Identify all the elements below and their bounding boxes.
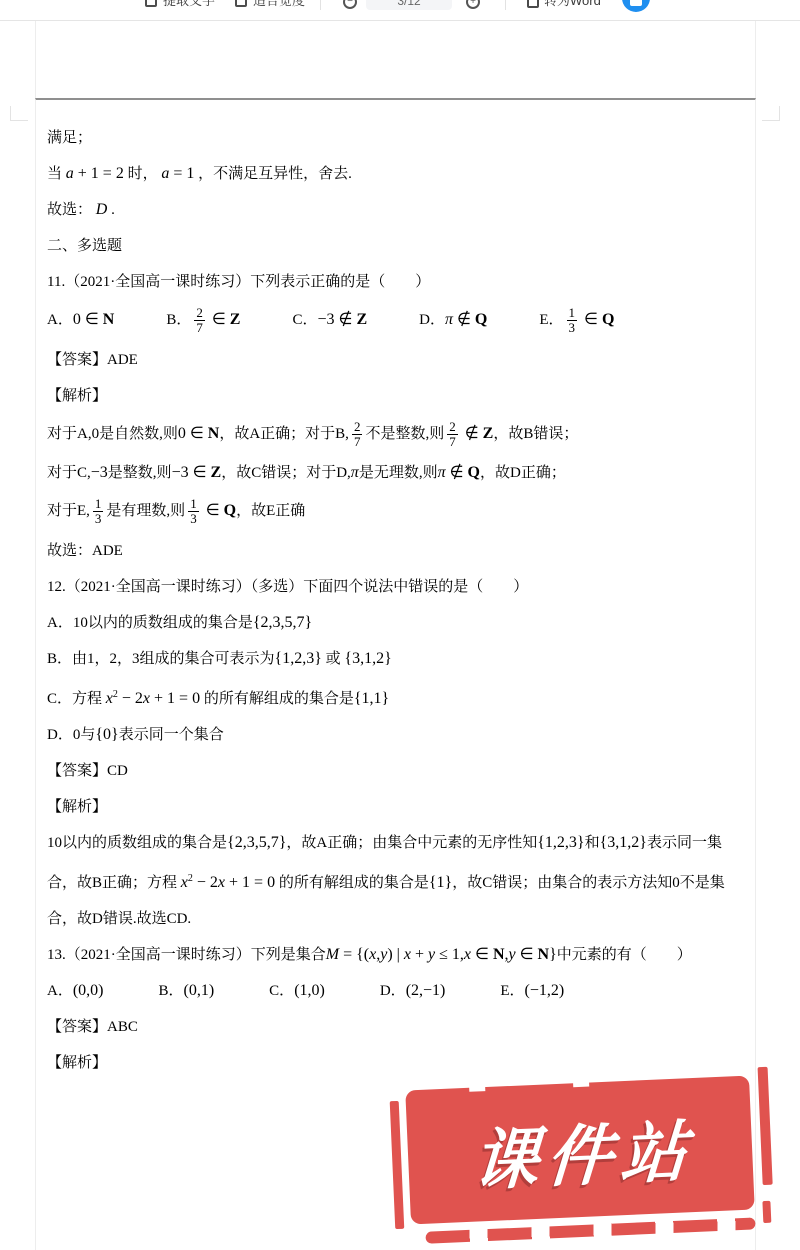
text-segment: A．10以内的质数组成的集合是 (47, 615, 253, 631)
text-segment: {3,1,2} (344, 650, 391, 667)
doc-line: 对于A,0是自然数,则0 ∈ N，故A正确；对于B,27不是整数,则27 ∉ Z… (47, 420, 745, 450)
text-segment: x (143, 690, 150, 707)
page-corner-shadow (762, 106, 780, 121)
doc-line: D．0与{0}表示同一个集合 (47, 723, 745, 747)
text-segment: B． (159, 983, 184, 999)
text-segment: {1} (429, 874, 452, 891)
doc-line: 对于E,13是有理数,则13 ∈ Q，故E正确 (47, 497, 745, 527)
text-segment: 10以内的质数组成的集合是 (47, 835, 227, 851)
text-segment: (0,0) (73, 982, 104, 999)
text-segment: 【解析】 (47, 799, 107, 815)
fraction: 13 (93, 497, 104, 527)
doc-line: 11.（2021·全国高一课时练习）下列表示正确的是（ ） (47, 270, 745, 294)
text-segment: {1,1} (354, 690, 389, 707)
text-segment: a (66, 165, 74, 182)
toolbar-separator (320, 0, 321, 10)
text-segment: 【答案】ABC (47, 1019, 138, 1035)
text-segment: 对于C, (47, 465, 91, 481)
doc-line: 故选：ADE (47, 539, 745, 563)
document-icon (527, 0, 539, 8)
doc-line: 【解析】 (47, 795, 745, 819)
text-segment: −3 ∉ (317, 311, 356, 328)
text-segment: ) | (387, 946, 404, 963)
text-segment: Z (211, 464, 222, 481)
doc-line: C．方程 x2 − 2x + 1 = 0 的所有解组成的集合是{1,1} (47, 683, 745, 711)
text-segment: 时， (124, 166, 162, 182)
watermark-stamp: 课件站 (405, 1076, 755, 1225)
doc-line: 故选： D . (47, 198, 745, 222)
text-segment: B．由1，2，3组成的集合可表示为 (47, 651, 275, 667)
stamp-text: 课件站 (462, 1097, 698, 1202)
text-segment: ，不满足互异性，舍去. (194, 166, 352, 182)
text-segment: ∉ (446, 464, 468, 481)
doc-line: A．10以内的质数组成的集合是{2,3,5,7} (47, 611, 745, 635)
text-segment: 是整数,则 (108, 465, 172, 481)
doc-line: 10以内的质数组成的集合是{2,3,5,7}，故A正确；由集合中元素的无序性知{… (47, 831, 745, 855)
text-segment: x (218, 874, 225, 891)
text-segment: 和 (585, 835, 600, 851)
text-segment: x (404, 946, 411, 963)
fraction: 13 (567, 306, 578, 336)
doc-line: A．0 ∈ NB．27 ∈ ZC．−3 ∉ ZD．π ∉ QE．13 ∈ Q (47, 306, 745, 336)
page-corner-shadow (10, 106, 28, 121)
text-segment: Z (356, 311, 367, 328)
text-segment: N (538, 946, 550, 963)
text-segment: C． (269, 983, 294, 999)
text-segment: 是有理数,则 (106, 503, 185, 519)
text-segment: π (445, 311, 453, 328)
stamp-border-mark (762, 1201, 771, 1223)
doc-line: 【解析】 (47, 1051, 745, 1075)
doc-line: 当 a + 1 = 2 时， a = 1 ，不满足互异性，舍去. (47, 162, 745, 186)
text-segment: ，故C错误；由集合的表示方法知0不是集 (452, 875, 725, 891)
text-segment: Q (468, 464, 480, 481)
text-segment: x (464, 946, 471, 963)
fit-width-toggle[interactable]: 适合宽度 (235, 0, 305, 8)
fit-width-label: 适合宽度 (253, 0, 305, 8)
text-segment: {0} (95, 726, 118, 743)
text-segment: {1,2,3} (275, 650, 322, 667)
text-segment: 不是整数,则 (365, 426, 444, 442)
text-segment: } (549, 946, 557, 963)
text-segment: C． (292, 312, 317, 328)
text-segment: 对于A,0是自然数,则 (47, 426, 178, 442)
text-segment: D． (380, 983, 406, 999)
stamp-distress-notch (573, 1081, 589, 1088)
assistant-icon (630, 0, 642, 6)
fraction: 27 (352, 420, 363, 450)
text-segment: 的所有解组成的集合是 (200, 691, 354, 707)
text-segment: 合，故B正确；方程 (47, 875, 181, 891)
text-segment: (2,−1) (406, 982, 446, 999)
text-segment: x (181, 874, 188, 891)
text-segment: −3 (91, 464, 108, 481)
text-segment: 13.（2021·全国高一课时练习）下列是集合 (47, 947, 326, 963)
text-segment: ，故D正确； (480, 465, 566, 481)
doc-line: 对于C,−3是整数,则−3 ∈ Z，故C错误；对于D,π是无理数,则π ∉ Q，… (47, 461, 745, 485)
text-segment: 或 (322, 651, 345, 667)
text-segment: ∈ (471, 946, 493, 963)
text-segment: {2,3,5,7} (227, 834, 286, 851)
text-segment: ∉ (453, 311, 475, 328)
stamp-distress-notch (469, 1085, 485, 1092)
zoom-in-button[interactable]: + (466, 0, 480, 9)
convert-button[interactable]: 转为Word (527, 0, 601, 8)
text-segment: π (438, 464, 446, 481)
convert-label: 转为Word (544, 0, 601, 8)
text-segment: 满足； (47, 130, 92, 146)
text-segment: 【解析】 (47, 1055, 107, 1071)
text-segment: E． (500, 983, 524, 999)
doc-line: 合，故B正确；方程 x2 − 2x + 1 = 0 的所有解组成的集合是{1}，… (47, 867, 745, 895)
text-segment: + 1 = 2 (74, 165, 124, 182)
text-segment: 二、多选题 (47, 238, 122, 254)
stamp-box: 课件站 (405, 1076, 755, 1225)
text-segment: ∈ (202, 502, 224, 519)
text-segment: . (107, 202, 115, 218)
text-segment: 【答案】CD (47, 763, 128, 779)
text-segment: − 2 (118, 690, 143, 707)
text-segment: ，故C错误；对于D, (221, 465, 351, 481)
text-segment: ，故B错误； (493, 426, 578, 442)
text-segment: + (411, 946, 428, 963)
text-segment: 故选：ADE (47, 543, 123, 559)
doc-line: 合，故D错误.故选CD. (47, 907, 745, 931)
text-segment: Q (224, 502, 236, 519)
text-segment: + 1 = 0 (225, 874, 275, 891)
text-segment: Q (602, 311, 614, 328)
text-segment: ∈ (208, 311, 230, 328)
text-segment: ，故A正确；由集合中元素的无序性知 (286, 835, 537, 851)
zoom-out-button[interactable]: − (343, 0, 357, 9)
text-segment: ，故A正确；对于B, (219, 426, 349, 442)
text-segment: (0,1) (184, 982, 215, 999)
text-segment: −3 ∈ (172, 464, 211, 481)
extract-text-label: 提取文字 (163, 0, 215, 8)
text-segment: (1,0) (294, 982, 325, 999)
document-page: 满足；当 a + 1 = 2 时， a = 1 ，不满足互异性，舍去.故选： D… (35, 98, 756, 1250)
page-indicator[interactable]: 3/12 (366, 0, 452, 10)
doc-line: 满足； (47, 126, 745, 150)
text-segment: 对于E, (47, 503, 90, 519)
assistant-button[interactable] (622, 0, 650, 12)
fraction: 13 (188, 497, 199, 527)
text-segment: 11.（2021·全国高一课时练习）下列表示正确的是（ ） (47, 274, 430, 290)
text-segment: M (326, 946, 339, 963)
text-segment: 0 ∈ (73, 311, 103, 328)
document-viewport: 满足；当 a + 1 = 2 时， a = 1 ，不满足互异性，舍去.故选： D… (0, 21, 800, 1250)
text-segment: − 2 (193, 874, 218, 891)
checkbox-icon (235, 0, 247, 7)
text-segment: ∈ (516, 946, 538, 963)
text-segment: 表示同一个集合 (119, 727, 224, 743)
text-segment: ∉ (461, 425, 483, 442)
prev-page-edge (755, 21, 756, 98)
text-segment: ≤ 1, (435, 946, 464, 963)
text-segment: 是无理数,则 (359, 465, 438, 481)
text-segment: (−1,2) (525, 982, 565, 999)
text-segment: Z (483, 425, 494, 442)
doc-line: 【答案】CD (47, 759, 745, 783)
checkbox-icon (145, 0, 157, 7)
doc-line: A．(0,0)B．(0,1)C．(1,0)D．(2,−1)E．(−1,2) (47, 979, 745, 1003)
text-segment: Q (475, 311, 487, 328)
doc-line: B．由1，2，3组成的集合可表示为{1,2,3} 或 {3,1,2} (47, 647, 745, 671)
text-segment: π (351, 464, 359, 481)
text-segment: 0 ∈ (178, 425, 208, 442)
text-segment: + 1 = 0 (150, 690, 200, 707)
text-segment: D． (419, 312, 445, 328)
text-segment: D (96, 201, 108, 218)
prev-page-edge (35, 21, 36, 98)
text-segment: E． (539, 312, 563, 328)
text-segment: = {( (339, 946, 369, 963)
text-segment: 12.（2021·全国高一课时练习）（多选）下面四个说法中错误的是（ ） (47, 579, 528, 595)
text-segment: 【解析】 (47, 388, 107, 404)
text-segment: 当 (47, 166, 66, 182)
text-segment: {3,1,2} (600, 834, 647, 851)
text-segment: 的所有解组成的集合是 (275, 875, 429, 891)
text-segment: {2,3,5,7} (253, 614, 312, 631)
text-segment: A． (47, 983, 73, 999)
doc-line: 【答案】ADE (47, 348, 745, 372)
viewer-toolbar: 提取文字 适合宽度 − 3/12 + 转为Word (0, 0, 800, 21)
doc-lines: 满足；当 a + 1 = 2 时， a = 1 ，不满足互异性，舍去.故选： D… (47, 126, 745, 1075)
stamp-border-mark (758, 1067, 773, 1185)
text-segment: ，故E正确 (236, 503, 305, 519)
fraction: 27 (447, 420, 458, 450)
text-segment: y (509, 946, 516, 963)
text-segment: Z (230, 311, 241, 328)
text-segment: D．0与 (47, 727, 95, 743)
text-segment: 表示同一集 (647, 835, 722, 851)
text-segment: N (103, 311, 115, 328)
text-segment: A． (47, 312, 73, 328)
extract-text-toggle[interactable]: 提取文字 (145, 0, 215, 8)
text-segment: 合，故D错误.故选CD. (47, 911, 191, 927)
text-segment: 故选： (47, 202, 96, 218)
text-segment: {1,2,3} (537, 834, 584, 851)
text-segment: C．方程 (47, 691, 106, 707)
doc-line: 【解析】 (47, 384, 745, 408)
doc-line: 【答案】ABC (47, 1015, 745, 1039)
text-segment: N (208, 425, 220, 442)
text-segment: N (493, 946, 505, 963)
doc-line: 12.（2021·全国高一课时练习）（多选）下面四个说法中错误的是（ ） (47, 575, 745, 599)
doc-line: 二、多选题 (47, 234, 745, 258)
text-segment: 【答案】ADE (47, 352, 138, 368)
fraction: 27 (194, 306, 205, 336)
toolbar-separator (505, 0, 506, 10)
text-segment: 中元素的有（ ） (557, 947, 692, 963)
text-segment: B． (166, 312, 191, 328)
text-segment: ∈ (580, 311, 602, 328)
text-segment: = 1 (169, 165, 194, 182)
text-segment: x (106, 690, 113, 707)
doc-line: 13.（2021·全国高一课时练习）下列是集合M = {(x,y) | x + … (47, 943, 745, 967)
